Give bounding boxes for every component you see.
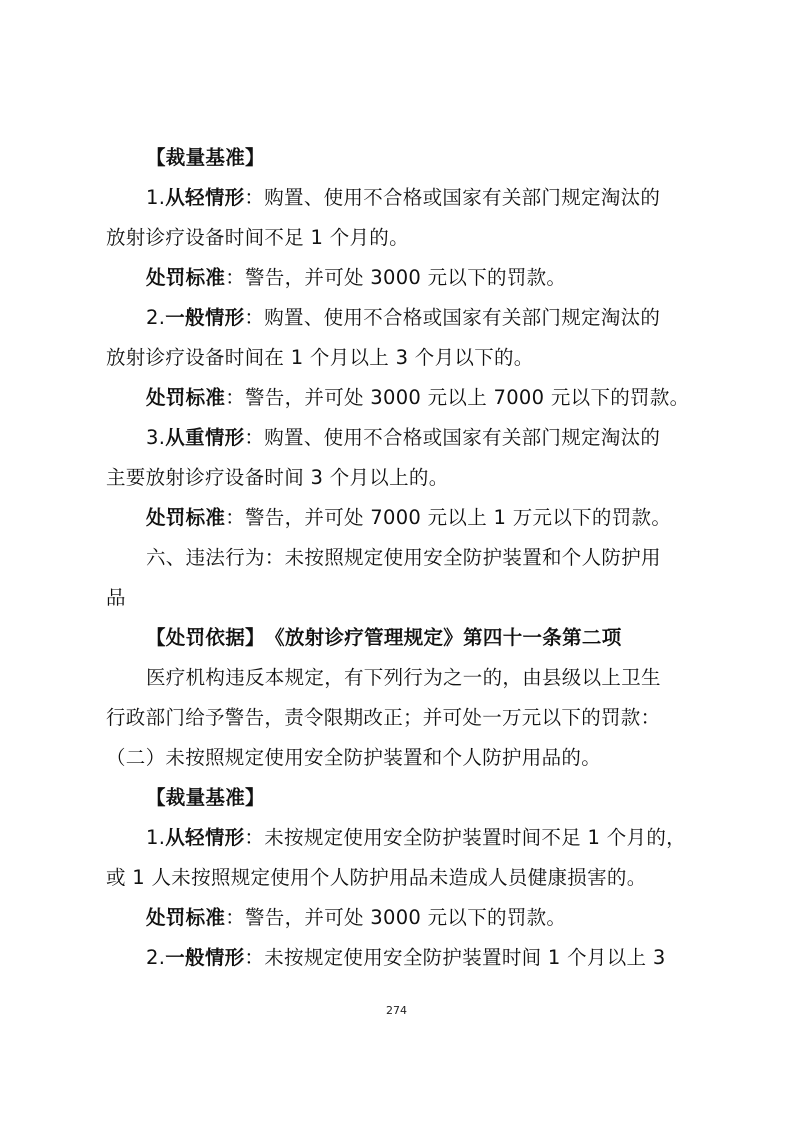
paragraph-mild-case: 1.从轻情形：购置、使用不合格或国家有关部门规定淘汰的	[146, 186, 746, 210]
paragraph-line: 放射诊疗设备时间在 1 个月以上 3 个月以下的。	[106, 346, 706, 370]
paragraph-line: 或 1 人未按照规定使用个人防护用品未造成人员健康损害的。	[106, 866, 706, 890]
paragraph-line: 医疗机构违反本规定，有下列行为之一的，由县级以上卫生	[146, 666, 746, 690]
heading-discretion-standard: 【裁量基准】	[146, 786, 746, 810]
item-number: 2.	[146, 306, 165, 329]
bold-text: 【裁量基准】	[146, 146, 265, 169]
body-text: ：购置、使用不合格或国家有关部门规定淘汰的	[244, 426, 660, 449]
paragraph-general-case: 2.一般情形：购置、使用不合格或国家有关部门规定淘汰的	[146, 306, 746, 330]
body-text: ：购置、使用不合格或国家有关部门规定淘汰的	[244, 186, 660, 209]
body-text: ：未按规定使用安全防护装置时间不足 1 个月的，	[244, 826, 686, 849]
bold-text: 处罚标准	[146, 506, 225, 529]
paragraph-line: 主要放射诊疗设备时间 3 个月以上的。	[106, 466, 706, 490]
paragraph-line: 品	[106, 586, 706, 610]
bold-text: 处罚标准	[146, 906, 225, 929]
paragraph-line: 放射诊疗设备时间不足 1 个月的。	[106, 226, 706, 250]
heading-discretion-standard: 【裁量基准】	[146, 146, 746, 170]
bold-text: 一般情形	[165, 306, 244, 329]
paragraph-line: （二）未按照规定使用安全防护装置和个人防护用品的。	[106, 746, 706, 770]
bold-text: 处罚标准	[146, 386, 225, 409]
paragraph-severe-case: 3.从重情形：购置、使用不合格或国家有关部门规定淘汰的	[146, 426, 746, 450]
violation-heading: 六、违法行为：未按照规定使用安全防护装置和个人防护用	[146, 546, 746, 570]
body-text: ：警告，并可处 3000 元以下的罚款。	[225, 906, 566, 929]
penalty-standard: 处罚标准：警告，并可处 7000 元以上 1 万元以下的罚款。	[146, 506, 746, 530]
penalty-standard: 处罚标准：警告，并可处 3000 元以上 7000 元以下的罚款。	[146, 386, 746, 410]
body-text: ：警告，并可处 7000 元以上 1 万元以下的罚款。	[225, 506, 671, 529]
penalty-standard: 处罚标准：警告，并可处 3000 元以下的罚款。	[146, 906, 746, 930]
body-text: ：购置、使用不合格或国家有关部门规定淘汰的	[244, 306, 660, 329]
bold-text: 【处罚依据】 《放射诊疗管理规定》第四十一条第二项	[146, 626, 622, 649]
bold-text: 一般情形	[165, 946, 244, 969]
page-number: 274	[0, 1004, 793, 1017]
body-text: ：警告，并可处 3000 元以下的罚款。	[225, 266, 566, 289]
document-page: 【裁量基准】 1.从轻情形：购置、使用不合格或国家有关部门规定淘汰的 放射诊疗设…	[0, 0, 793, 1122]
penalty-basis-heading: 【处罚依据】 《放射诊疗管理规定》第四十一条第二项	[146, 626, 746, 650]
item-number: 3.	[146, 426, 165, 449]
body-text: ：警告，并可处 3000 元以上 7000 元以下的罚款。	[225, 386, 689, 409]
item-number: 2.	[146, 946, 165, 969]
paragraph-mild-case: 1.从轻情形：未按规定使用安全防护装置时间不足 1 个月的，	[146, 826, 746, 850]
bold-text: 处罚标准	[146, 266, 225, 289]
penalty-standard: 处罚标准：警告，并可处 3000 元以下的罚款。	[146, 266, 746, 290]
bold-text: 【裁量基准】	[146, 786, 265, 809]
item-number: 1.	[146, 826, 165, 849]
bold-text: 从轻情形	[165, 826, 244, 849]
paragraph-general-case: 2.一般情形：未按规定使用安全防护装置时间 1 个月以上 3	[146, 946, 746, 970]
body-text: ：未按规定使用安全防护装置时间 1 个月以上 3	[244, 946, 665, 969]
bold-text: 从重情形	[165, 426, 244, 449]
paragraph-line: 行政部门给予警告，责令限期改正；并可处一万元以下的罚款：	[106, 706, 706, 730]
bold-text: 从轻情形	[165, 186, 244, 209]
item-number: 1.	[146, 186, 165, 209]
